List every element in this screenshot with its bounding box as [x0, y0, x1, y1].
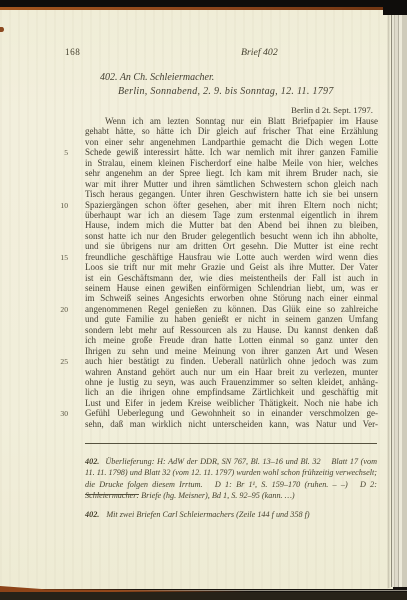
letter-line-text: ist ein Geschäftsmann der, wie dies meis… — [85, 273, 378, 283]
letter-line: sondern lebt mehr auf Ressourcen als zu … — [56, 325, 378, 335]
letter-line-text: sehn, daß man wirklich nicht unterscheid… — [85, 419, 378, 429]
letter-body: Wenn ich am lezten Sonntag nur ein Blatt… — [56, 116, 378, 429]
line-number: 15 — [56, 253, 68, 262]
editor-note-text: Mit zwei Briefen Carl Schleiermachers (Z… — [106, 510, 309, 519]
letter-line: lich an die ihrigen ohne empfindsame Zär… — [56, 387, 378, 397]
letter-line-text: Wenn ich am lezten Sonntag nur ein Blatt… — [85, 116, 378, 126]
letter-line-text: sondern lebt mehr auf Ressourcen als zu … — [85, 325, 378, 335]
page-edge-strip — [391, 13, 407, 587]
letter-line: Loos sie trift nur mit mehr Grazie und G… — [56, 262, 378, 272]
letter-line: ohne je lustig zu seyn, was auch Frauenz… — [56, 377, 378, 387]
book-cover-edge-top — [0, 7, 407, 10]
letter-line-text: Gefühl Ueberlegung und Gewohnheit so in … — [85, 408, 378, 418]
running-head-title: Brief 402 — [241, 47, 278, 58]
letter-line: sonst hatte ich nur den Bruder gelegentl… — [56, 231, 378, 241]
letter-dateline: Berlin d 2t. Sept. 1797. — [85, 105, 373, 115]
letter-line: Tisch heraus gegangen. Unter ihren Gesch… — [56, 189, 378, 199]
letter-line: war mit ihrer Mutter und ihren sämtliche… — [56, 179, 378, 189]
letter-line: in Stralau, einem kleinen Fischerdorf ei… — [56, 158, 378, 168]
letter-line: ich meine große Freude dran hatte Lotten… — [56, 335, 378, 345]
letter-line: Ihrigen zu sehn und meine Meinung von ih… — [56, 346, 378, 356]
letter-line-text: auch hier bestätigt zu finden. Ueberall … — [85, 356, 378, 366]
letter-line-text: Hause, indem mich die Mutter bat den Abe… — [85, 220, 378, 230]
line-number: 30 — [56, 409, 68, 418]
scan-background: 168 Brief 402 402. An Ch. Schleiermacher… — [0, 0, 407, 600]
letter-heading-line2: Berlin, Sonnabend, 2. 9. bis Sonntag, 12… — [118, 85, 334, 99]
letter-line: 10Spaziergängen schon öfter gesehen, abe… — [56, 200, 378, 210]
letter-line-text: Lust und Eifer in jedem Kreise weibliche… — [85, 398, 378, 408]
line-number: 20 — [56, 305, 68, 314]
letter-line-text: Ihrigen zu sehn und meine Meinung von ih… — [85, 346, 378, 356]
letter-line: überhaupt war ich an diesem Tage zum ers… — [56, 210, 378, 220]
letter-line: sehr angenehm an der Spree liegt. Ich ka… — [56, 168, 378, 178]
apparatus-separator-rule — [85, 494, 139, 495]
line-number: 25 — [56, 357, 68, 366]
letter-line-text: freundliche geschäftige Hausfrau wie Lot… — [85, 252, 378, 262]
letter-line: sehn, daß man wirklich nicht unterscheid… — [56, 419, 378, 429]
letter-heading-line1: 402. An Ch. Schleiermacher. — [100, 71, 334, 85]
letter-line: 5Schede gewiß interessirt hätte. Ich war… — [56, 147, 378, 157]
letter-line: gehabt hätte, so hätte ich Dir gleich au… — [56, 126, 378, 136]
bottom-scan-bar — [0, 592, 407, 600]
letter-line-text: ich meine große Freude dran hatte Lotten… — [85, 335, 378, 345]
letter-line: ist ein Geschäftsmann der, wie dies meis… — [56, 273, 378, 283]
letter-line-text: von einer sehr angenehmen Landparthie ge… — [85, 137, 378, 147]
letter-line: im Schweiß seines Angesichts erworben oh… — [56, 293, 378, 303]
top-right-shadow — [383, 0, 407, 15]
letter-line: von einer sehr angenehmen Landparthie ge… — [56, 137, 378, 147]
letter-line-text: sehr angenehm an der Spree liegt. Ich ka… — [85, 168, 378, 178]
letter-line-text: Loos sie trift nur mit mehr Grazie und G… — [85, 262, 378, 272]
letter-line-text: wahren Anstand gehört auch nur um ein Ha… — [85, 367, 378, 377]
letter-line-text: lich an die ihrigen ohne empfindsame Zär… — [85, 387, 378, 397]
page-crease — [387, 10, 390, 588]
letter-line-text: im Schweiß seines Angesichts erworben oh… — [85, 293, 378, 303]
letter-line: 20angenommenen Regel genießen zu können.… — [56, 304, 378, 314]
letter-line-text: ohne je lustig zu seyn, was auch Frauenz… — [85, 377, 378, 387]
line-number: 10 — [56, 201, 68, 210]
letter-line: Hause, indem mich die Mutter bat den Abe… — [56, 220, 378, 230]
letter-line-text: und gute Familie zu haben genießt er nic… — [85, 314, 378, 324]
line-number: 5 — [56, 148, 68, 157]
letter-line: Lust und Eifer in jedem Kreise weibliche… — [56, 398, 378, 408]
letter-line-text: sonst hatte ich nur den Bruder gelegentl… — [85, 231, 378, 241]
page-number: 168 — [65, 47, 80, 57]
letter-line-text: angenommenen Regel genießen zu können. D… — [85, 304, 378, 314]
letter-line: wahren Anstand gehört auch nur um ein Ha… — [56, 367, 378, 377]
editor-note-number: 402. — [85, 510, 99, 519]
letter-line: seinem Hause einen gewißen einförmigen S… — [56, 283, 378, 293]
letter-line-text: Spaziergängen schon öfter gesehen, aber … — [85, 200, 378, 210]
letter-line: 15freundliche geschäftige Hausfrau wie L… — [56, 252, 378, 262]
running-head: 168 Brief 402 — [0, 47, 393, 59]
letter-line: 25auch hier bestätigt zu finden. Ueberal… — [56, 356, 378, 366]
letter-line-text: Schede gewiß interessirt hätte. Ich war … — [85, 147, 378, 157]
letter-heading: 402. An Ch. Schleiermacher. Berlin, Sonn… — [100, 71, 334, 99]
letter-line-text: Tisch heraus gegangen. Unter ihren Gesch… — [85, 189, 378, 199]
apparatus-rule — [85, 443, 377, 444]
editor-note: 402.Mit zwei Briefen Carl Schleiermacher… — [85, 509, 377, 520]
letter-line: und gute Familie zu haben genießt er nic… — [56, 314, 378, 324]
letter-line-text: war mit ihrer Mutter und ihren sämtliche… — [85, 179, 378, 189]
letter-line-text: überhaupt war ich an diesem Tage zum ers… — [85, 210, 378, 220]
letter-line-text: und sie übrigens nur am dritten Ort gese… — [85, 241, 378, 251]
letter-line-text: in Stralau, einem kleinen Fischerdorf ei… — [85, 158, 378, 168]
letter-line: 30Gefühl Ueberlegung und Gewohnheit so i… — [56, 408, 378, 418]
letter-line-text: seinem Hause einen gewißen einförmigen S… — [85, 283, 378, 293]
cover-nick — [0, 27, 4, 32]
letter-line-text: gehabt hätte, so hätte ich Dir gleich au… — [85, 126, 378, 136]
letter-line: Wenn ich am lezten Sonntag nur ein Blatt… — [56, 116, 378, 126]
apparatus-number: 402. — [85, 457, 99, 466]
top-scan-bar — [0, 0, 407, 7]
letter-line: und sie übrigens nur am dritten Ort gese… — [56, 241, 378, 251]
